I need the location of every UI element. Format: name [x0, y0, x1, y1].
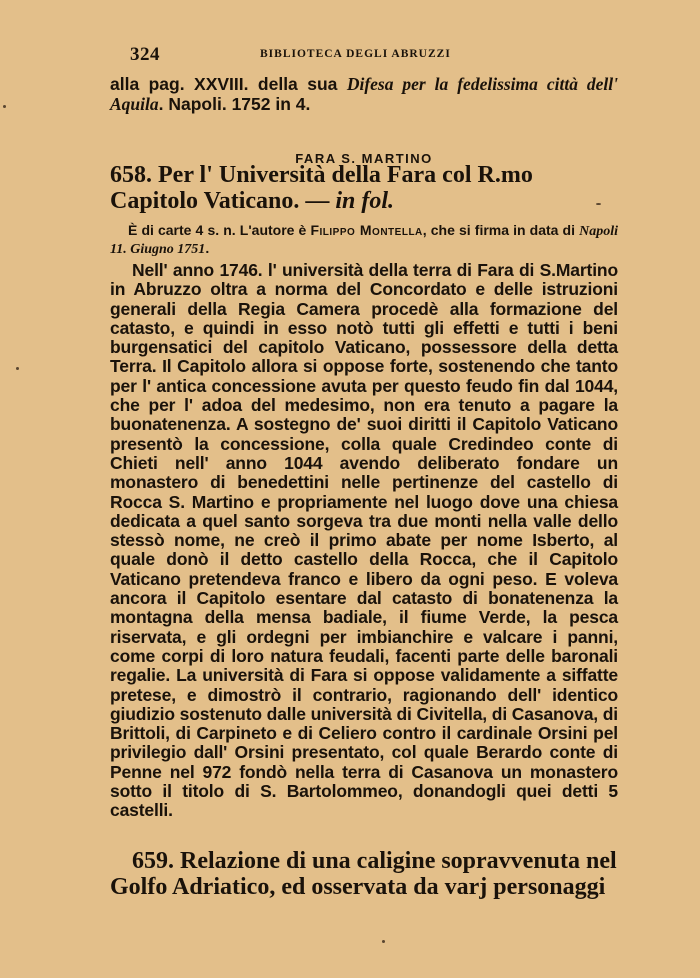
- entry-title-text: Relazione di una caligine sopravvenuta n…: [110, 848, 617, 900]
- continuation-imprint: . Napoli. 1752 in 4.: [159, 94, 311, 114]
- note-middle: , che si firma in data di: [423, 222, 579, 238]
- author-name: Filippo Montella: [310, 222, 422, 238]
- entry-number: 658.: [110, 162, 152, 188]
- paper-speck: [382, 940, 385, 943]
- book-page: 324 BIBLIOTECA DEGLI ABRUZZI alla pag. X…: [0, 0, 700, 978]
- paper-speck: [16, 367, 19, 370]
- note-prefix: È di carte 4 s. n. L'autore è: [128, 222, 310, 238]
- paper-speck: [596, 203, 601, 205]
- running-title: BIBLIOTECA DEGLI ABRUZZI: [260, 48, 451, 60]
- entry-658-body: Nell' anno 1746. l' università della ter…: [110, 261, 618, 821]
- entry-number: 659.: [132, 848, 174, 874]
- entry-title-text: Per l' Università della Fara col R.mo Ca…: [110, 162, 533, 214]
- entry-659-title: 659. Relazione di una caligine sopravven…: [110, 848, 618, 900]
- paper-speck: [3, 105, 6, 108]
- page-number: 324: [130, 44, 160, 66]
- entry-format: in fol.: [335, 188, 394, 214]
- continuation-text: alla pag. XXVIII. della sua: [110, 74, 347, 94]
- continuation-paragraph: alla pag. XXVIII. della sua Difesa per l…: [110, 74, 618, 114]
- note-suffix: .: [205, 240, 209, 256]
- entry-658-title: 658. Per l' Università della Fara col R.…: [110, 162, 618, 214]
- running-head: 324 BIBLIOTECA DEGLI ABRUZZI: [130, 44, 615, 64]
- entry-658-note: È di carte 4 s. n. L'autore è Filippo Mo…: [110, 222, 618, 258]
